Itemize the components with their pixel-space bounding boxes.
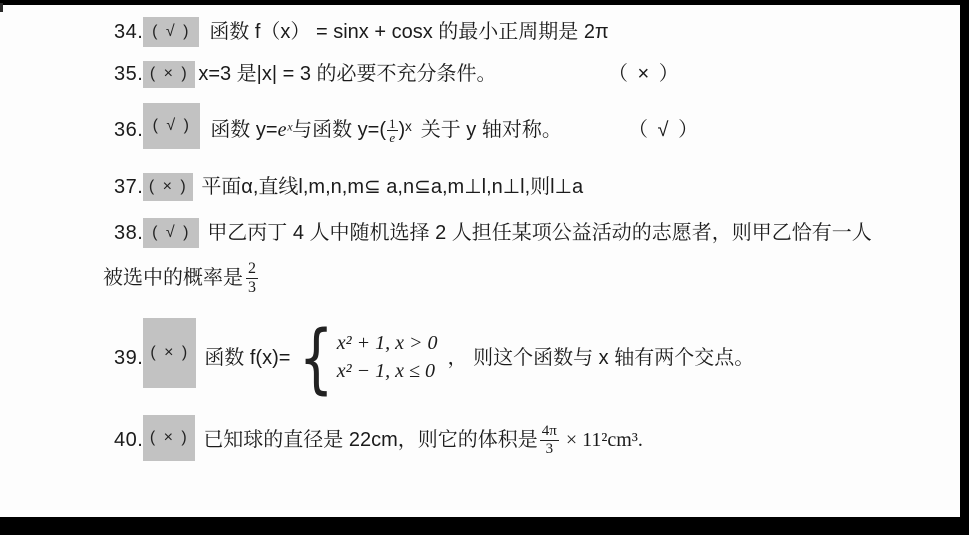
question-row-34: 34. ( √ ) 函数 f（x） = sinx + cosx 的最小正周期是 … bbox=[114, 15, 609, 49]
question-text-line2: 被选中的概率是 bbox=[103, 266, 243, 290]
fraction-one-over-e: 1e bbox=[387, 117, 398, 144]
answer-mark-box: ( × ) bbox=[143, 318, 196, 388]
question-number: 35. bbox=[114, 62, 143, 86]
question-text-part: 关于 y 轴对称。 bbox=[421, 118, 562, 142]
question-row-38-continued: 被选中的概率是 23 bbox=[103, 256, 261, 300]
question-text-suffix: ， 则这个函数与 x 轴有两个交点。 bbox=[448, 346, 755, 370]
question-text: 平面α,直线l,m,n,m⊆ a,n⊆a,m⊥l,n⊥l,则l⊥a bbox=[201, 175, 583, 199]
trailing-answer-mark: （ √ ） bbox=[628, 118, 700, 142]
answer-mark-box: ( × ) bbox=[143, 61, 195, 88]
math-paren-power-x: )ˣ bbox=[399, 118, 412, 142]
question-text-prefix: 函数 f(x)= bbox=[204, 346, 290, 370]
question-number: 38. bbox=[114, 221, 143, 245]
answer-mark-box: ( √ ) bbox=[143, 103, 200, 149]
question-row-40: 40. ( × ) 已知球的直径是 22cm，则它的体积是 4π3 × 11²c… bbox=[114, 414, 643, 466]
piecewise-function: { x² + 1, x > 0 x² − 1, x ≤ 0 bbox=[292, 324, 437, 392]
question-row-35: 35. ( × ) x=3 是|x| = 3 的必要不充分条件。 （ × ） bbox=[114, 59, 894, 89]
fraction-numerator: 4π bbox=[540, 423, 559, 441]
question-number: 34. bbox=[114, 20, 143, 44]
question-number: 37. bbox=[114, 175, 143, 199]
answer-mark-box: ( √ ) bbox=[143, 17, 199, 47]
fraction-denominator: 3 bbox=[546, 441, 554, 458]
curly-brace: { bbox=[299, 324, 334, 392]
fraction-two-thirds: 23 bbox=[246, 260, 258, 296]
question-text-part: 函数 y= bbox=[210, 118, 277, 142]
question-row-37: 37. ( × ) 平面α,直线l,m,n,m⊆ a,n⊆a,m⊥l,n⊥l,则… bbox=[114, 172, 583, 202]
answer-mark-box: ( × ) bbox=[143, 415, 195, 461]
question-text-suffix: × 11²cm³. bbox=[566, 428, 643, 452]
fraction-denominator: e bbox=[389, 131, 395, 144]
question-text-part: 与函数 y=( bbox=[292, 118, 386, 142]
question-row-39: 39. ( × ) 函数 f(x)= { x² + 1, x > 0 x² − … bbox=[114, 318, 754, 398]
answer-mark-box: ( √ ) bbox=[143, 218, 199, 248]
fraction-denominator: 3 bbox=[248, 279, 256, 297]
math-e-power-x: eˣ bbox=[278, 118, 293, 142]
question-number: 39. bbox=[114, 346, 143, 370]
question-number: 36. bbox=[114, 118, 143, 142]
question-text-line1: 甲乙丙丁 4 人中随机选择 2 人担任某项公益活动的志愿者，则甲乙恰有一人 bbox=[207, 221, 871, 245]
edge-artifact bbox=[0, 3, 3, 12]
question-number: 40. bbox=[114, 428, 143, 452]
piecewise-case-2: x² − 1, x ≤ 0 bbox=[337, 359, 438, 384]
piecewise-cases: x² + 1, x > 0 x² − 1, x ≤ 0 bbox=[337, 331, 438, 384]
question-text-prefix: 已知球的直径是 22cm，则它的体积是 bbox=[203, 428, 537, 452]
trailing-answer-mark: （ × ） bbox=[608, 62, 681, 86]
fraction-numerator: 2 bbox=[246, 260, 258, 279]
question-row-36: 36. ( √ ) 函数 y= eˣ 与函数 y=( 1e )ˣ 关于 y 轴对… bbox=[114, 106, 914, 154]
worksheet-screenshot: { "page": { "background": "#000000", "pa… bbox=[0, 0, 969, 535]
fraction-four-pi-thirds: 4π3 bbox=[540, 423, 559, 457]
question-row-38: 38. ( √ ) 甲乙丙丁 4 人中随机选择 2 人担任某项公益活动的志愿者，… bbox=[114, 217, 872, 248]
answer-mark-box: ( × ) bbox=[143, 173, 193, 201]
fraction-numerator: 1 bbox=[387, 117, 398, 131]
piecewise-case-1: x² + 1, x > 0 bbox=[337, 331, 438, 356]
question-text: 函数 f（x） = sinx + cosx 的最小正周期是 2π bbox=[209, 20, 608, 44]
question-text: x=3 是|x| = 3 的必要不充分条件。 bbox=[198, 62, 496, 86]
